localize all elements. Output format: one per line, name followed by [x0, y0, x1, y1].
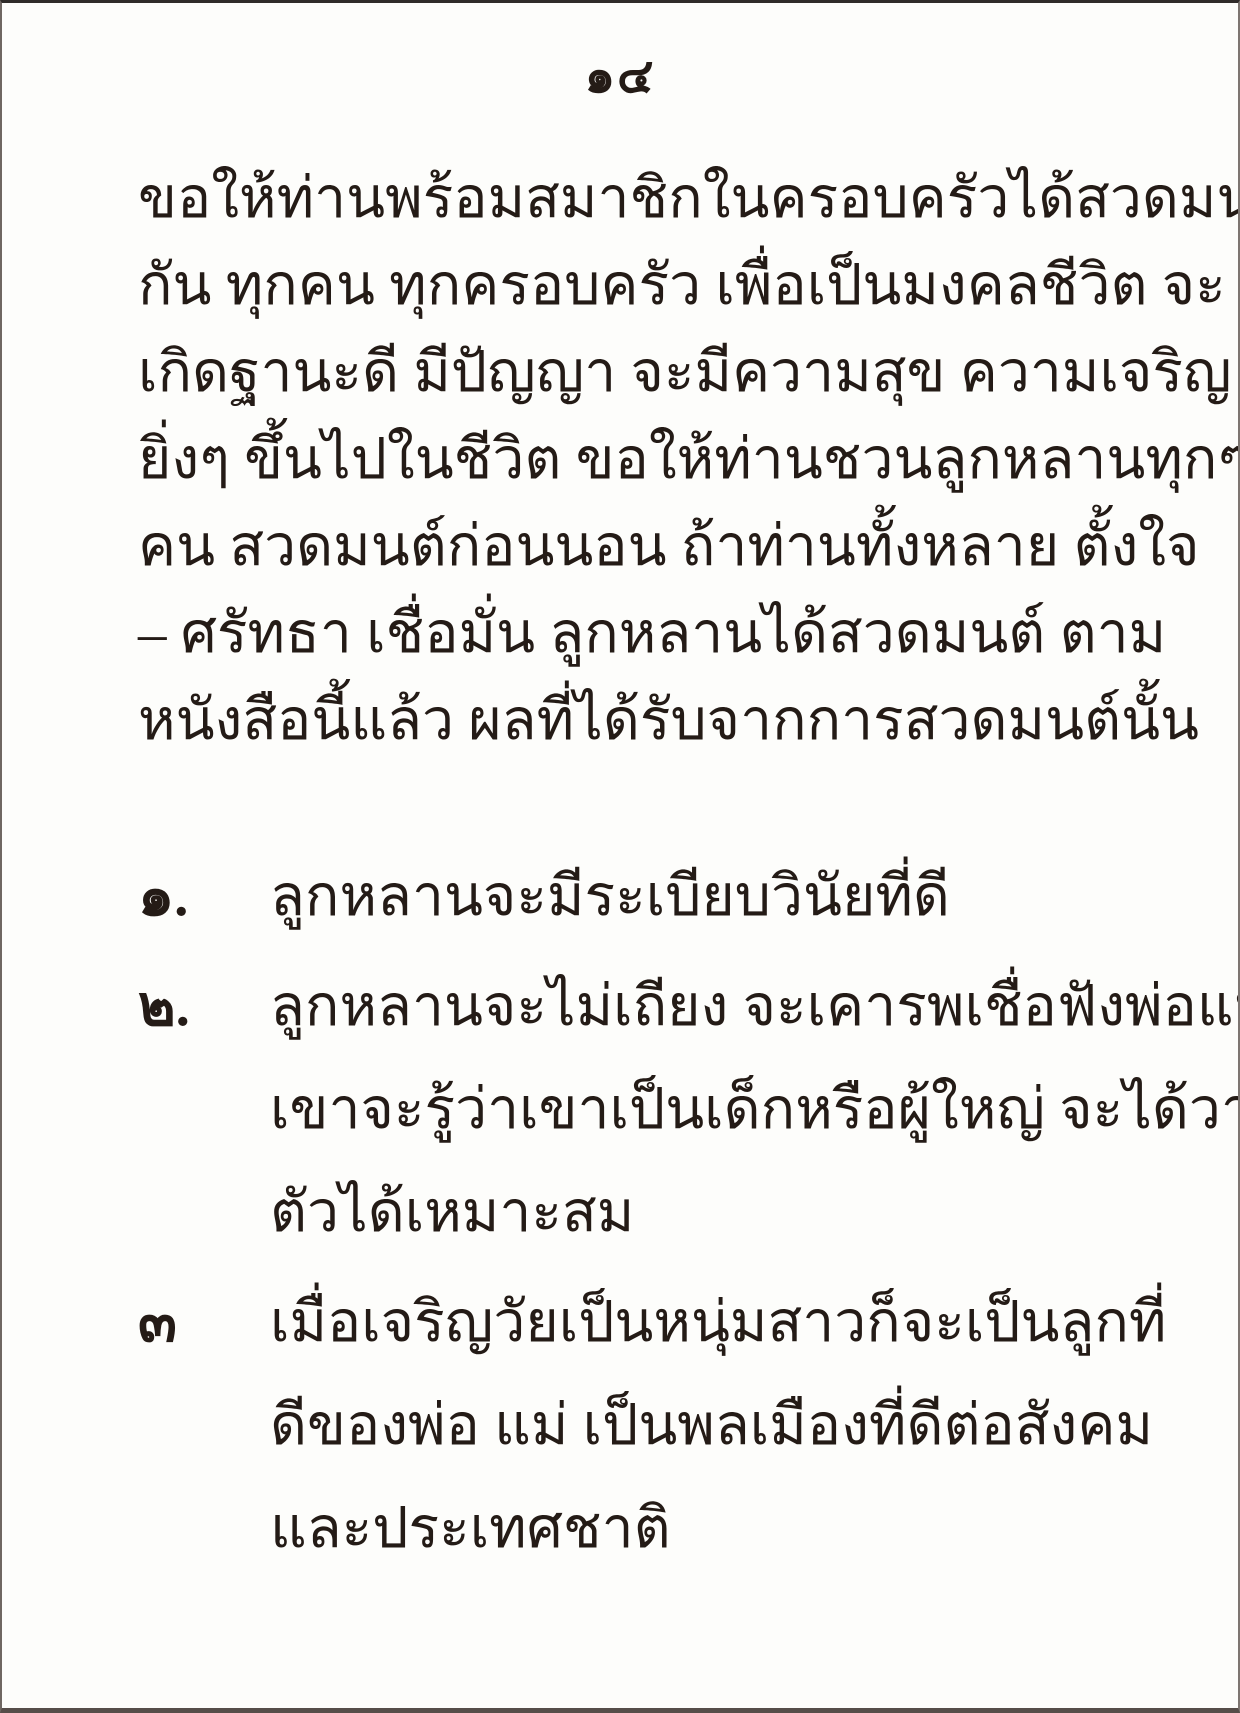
paragraph-line: คน สวดมนต์ก่อนนอน ถ้าท่านทั้งหลาย ตั้งใจ [138, 503, 1168, 590]
paragraph-line: กัน ทุกคน ทุกครอบครัว เพื่อเป็นมงคลชีวิต… [138, 242, 1168, 329]
intro-paragraph: ขอให้ท่านพร้อมสมาชิกในครอบครัวได้สวดมนต์… [138, 155, 1168, 764]
list-item-text: เมื่อเจริญวัยเป็นหนุ่มสาวก็จะเป็นลูกที่ … [270, 1271, 1178, 1580]
list-item-line: ลูกหลานจะมีระเบียบวินัยที่ดี [270, 845, 1178, 948]
list-item-number: ๑. [138, 845, 270, 948]
paragraph-line: เกิดฐานะดี มีปัญญา จะมีความสุข ความเจริญ [138, 329, 1168, 416]
scanned-book-page: ๑๔ ขอให้ท่านพร้อมสมาชิกในครอบครัวได้สวดม… [0, 0, 1240, 1713]
list-item: ๑. ลูกหลานจะมีระเบียบวินัยที่ดี [138, 845, 1178, 948]
list-item-line: ดีของพ่อ แม่ เป็นพลเมืองที่ดีต่อสังคม [270, 1374, 1178, 1477]
list-item-text: ลูกหลานจะมีระเบียบวินัยที่ดี [270, 845, 1178, 948]
paragraph-line: ขอให้ท่านพร้อมสมาชิกในครอบครัวได้สวดมนต์ [138, 155, 1168, 242]
list-item-text: ลูกหลานจะไม่เถียง จะเคารพเชื่อฟังพ่อแม่ … [270, 955, 1240, 1264]
list-item-line: ตัวได้เหมาะสม [270, 1161, 1240, 1264]
list-item-number: ๓ [138, 1271, 270, 1374]
list-item-line: เมื่อเจริญวัยเป็นหนุ่มสาวก็จะเป็นลูกที่ [270, 1271, 1178, 1374]
page-number: ๑๔ [2, 47, 1238, 107]
paragraph-line: ยิ่งๆ ขึ้นไปในชีวิต ขอให้ท่านชวนลูกหลานท… [138, 416, 1168, 503]
list-item-line: ลูกหลานจะไม่เถียง จะเคารพเชื่อฟังพ่อแม่ [270, 955, 1240, 1058]
list-item: ๓ เมื่อเจริญวัยเป็นหนุ่มสาวก็จะเป็นลูกที… [138, 1271, 1178, 1580]
list-item-number: ๒. [138, 955, 270, 1058]
list-item: ๒. ลูกหลานจะไม่เถียง จะเคารพเชื่อฟังพ่อแ… [138, 955, 1178, 1264]
benefit-list: ๑. ลูกหลานจะมีระเบียบวินัยที่ดี ๒. ลูกหล… [138, 845, 1178, 1587]
paragraph-line: – ศรัทธา เชื่อมั่น ลูกหลานได้สวดมนต์ ตาม [138, 590, 1168, 677]
list-item-line: เขาจะรู้ว่าเขาเป็นเด็กหรือผู้ใหญ่ จะได้ว… [270, 1058, 1240, 1161]
list-item-line: และประเทศชาติ [270, 1477, 1178, 1580]
paragraph-line: หนังสือนี้แล้ว ผลที่ได้รับจากการสวดมนต์น… [138, 677, 1168, 764]
